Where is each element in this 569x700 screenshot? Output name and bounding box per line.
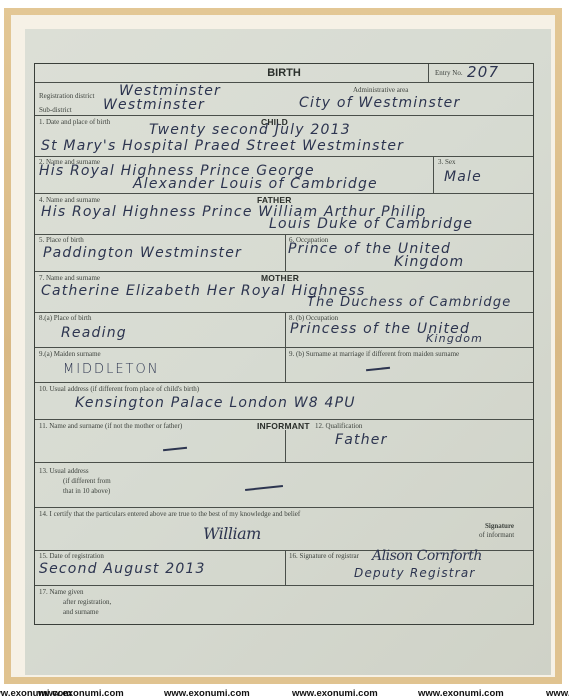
mother-occupation-line2: Kingdom: [426, 332, 483, 345]
marriage-surname-label: 9. (b) Surname at marriage if different …: [289, 350, 459, 358]
title-row: BIRTH Entry No. 207: [35, 64, 533, 82]
certification-statement: 14. I certify that the particulars enter…: [39, 510, 300, 518]
qualification-value: Father: [335, 432, 388, 448]
signature-of-informant-label-2: of informant: [479, 531, 514, 539]
sex-value: Male: [444, 169, 482, 185]
date-place-label: 1. Date and place of birth: [39, 118, 110, 126]
father-place-value: Paddington Westminster: [43, 245, 242, 261]
administrative-area-value: City of Westminster: [299, 95, 460, 111]
mother-name-line2: The Duchess of Cambridge: [307, 295, 512, 310]
watermark-text: www.exonumi.com: [418, 688, 504, 699]
mother-address-row: 10. Usual address (if different from pla…: [35, 382, 533, 419]
informant-name-dash: [163, 447, 187, 451]
father-name-row: 4. Name and surname FATHER His Royal Hig…: [35, 193, 533, 234]
watermark-text: www.exonumi.com: [546, 688, 569, 699]
child-birth-place: St Mary's Hospital Praed Street Westmins…: [41, 138, 404, 154]
informant-row: 11. Name and surname (if not the mother …: [35, 419, 533, 462]
name-given-label-2: after registration,: [63, 598, 111, 606]
administrative-area-label: Administrative area: [353, 86, 408, 94]
maiden-surname-label: 9.(a) Maiden surname: [39, 350, 101, 358]
sub-district-value: Westminster: [103, 97, 205, 113]
informant-address-dash: [245, 485, 283, 490]
registration-date-label: 15. Date of registration: [39, 552, 104, 560]
informant-address-label-2: (if different from: [63, 477, 111, 485]
signature-of-informant-label-1: Signature: [485, 522, 514, 530]
registration-district-label: Registration district: [39, 92, 94, 100]
child-birth-row: 1. Date and place of birth CHILD Twenty …: [35, 115, 533, 156]
sex-label: 3. Sex: [438, 158, 456, 166]
father-occupation-line2: Kingdom: [394, 254, 464, 270]
father-details-row: 5. Place of birth Paddington Westminster…: [35, 234, 533, 271]
name-given-label-3: and surname: [63, 608, 99, 616]
mother-name-label: 7. Name and surname: [39, 274, 100, 282]
qualification-label: 12. Qualification: [315, 422, 362, 430]
marriage-surname-cell: 9. (b) Surname at marriage if different …: [285, 348, 533, 382]
certification-row: 14. I certify that the particulars enter…: [35, 507, 533, 550]
registrar-title: Deputy Registrar: [354, 566, 476, 580]
registration-date-value: Second August 2013: [39, 561, 206, 577]
father-occupation-cell: 6. Occupation Prince of the United Kingd…: [285, 235, 533, 271]
registrar-signature-label: 16. Signature of registrar: [289, 552, 359, 560]
father-place-label: 5. Place of birth: [39, 236, 84, 244]
entry-number-cell: Entry No. 207: [428, 64, 533, 82]
child-birth-date: Twenty second July 2013: [149, 122, 351, 138]
watermark-strip: www.exonumi.com www.exonumi.com www.exon…: [0, 688, 569, 700]
qualification-cell: 12. Qualification Father: [285, 420, 533, 462]
registrar-signature: Alison Cornforth: [372, 548, 482, 564]
watermark-text: www.exonumi.com: [292, 688, 378, 699]
mother-details-row: 8.(a) Place of birth Reading 8. (b) Occu…: [35, 312, 533, 347]
district-row: Registration district Westminster Sub-di…: [35, 82, 533, 115]
birth-certificate-form: BIRTH Entry No. 207 Registration distric…: [34, 63, 534, 625]
usual-address-label: 10. Usual address (if different from pla…: [39, 385, 199, 393]
registration-row: 15. Date of registration Second August 2…: [35, 550, 533, 585]
entry-number-value: 207: [467, 63, 499, 81]
mother-place-value: Reading: [61, 325, 127, 341]
usual-address-value: Kensington Palace London W8 4PU: [75, 395, 356, 411]
informant-signature: William: [203, 524, 261, 543]
father-name-line2: Louis Duke of Cambridge: [269, 216, 473, 232]
mother-name-row: 7. Name and surname MOTHER Catherine Eli…: [35, 271, 533, 312]
informant-address-label-3: that in 10 above): [63, 487, 110, 495]
mother-place-label: 8.(a) Place of birth: [39, 314, 91, 322]
mother-occupation-cell: 8. (b) Occupation Princess of the United…: [285, 313, 533, 347]
father-name-label: 4. Name and surname: [39, 196, 100, 204]
mother-section-heading: MOTHER: [261, 273, 299, 283]
watermark-text: www.exonumi.com: [38, 688, 124, 699]
child-name-row: 2. Name and surname His Royal Highness P…: [35, 156, 533, 193]
mother-surname-row: 9.(a) Maiden surname MIDDLETON 9. (b) Su…: [35, 347, 533, 382]
marriage-surname-dash: [366, 367, 390, 371]
informant-address-row: 13. Usual address (if different from tha…: [35, 462, 533, 507]
informant-name-label: 11. Name and surname (if not the mother …: [39, 422, 182, 430]
sub-district-label: Sub-district: [39, 106, 72, 114]
entry-number-label: Entry No.: [435, 69, 463, 77]
maiden-surname-value: MIDDLETON: [63, 362, 159, 377]
watermark-text: www.exonumi.com: [164, 688, 250, 699]
sex-cell: 3. Sex Male: [433, 157, 533, 193]
child-name-line2: Alexander Louis of Cambridge: [133, 176, 378, 192]
name-given-label-1: 17. Name given: [39, 588, 84, 596]
informant-address-label-1: 13. Usual address: [39, 467, 89, 475]
name-after-registration-row: 17. Name given after registration, and s…: [35, 585, 533, 624]
registrar-cell: 16. Signature of registrar Alison Cornfo…: [285, 551, 533, 585]
